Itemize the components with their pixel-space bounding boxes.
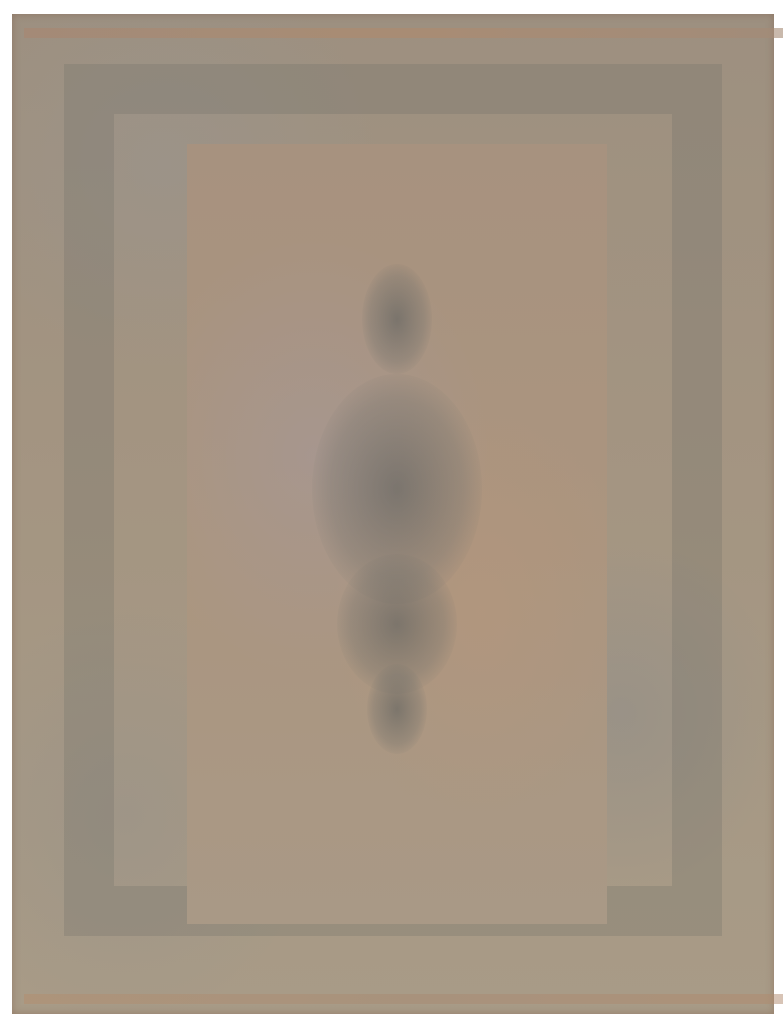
rug (12, 14, 774, 1014)
rug-field (187, 144, 607, 924)
medallion-bottom-pendant (367, 664, 427, 754)
medallion-top-pendant (362, 264, 432, 374)
rug-top-edge (24, 28, 783, 38)
rug-bottom-edge (24, 994, 783, 1004)
